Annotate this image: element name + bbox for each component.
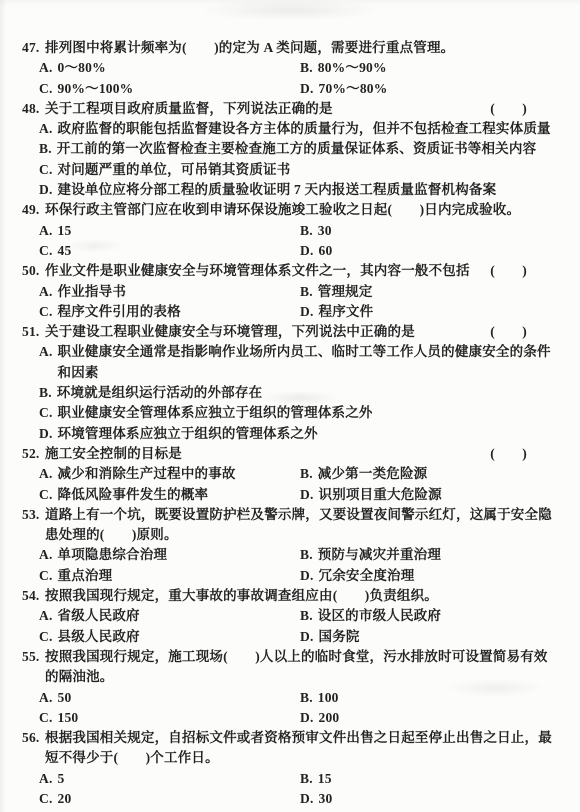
option-item: D.环境管理体系应独立于组织的管理体系之外 (39, 424, 552, 444)
option-item: B.环境就是组织运行活动的外部存在 (39, 383, 552, 403)
option-item: A.作业指导书 (39, 282, 300, 302)
option-item: D.30 (300, 789, 552, 809)
option-text: 5 (58, 769, 300, 789)
option-item: C.45 (39, 241, 300, 261)
option-text: 70%～80% (319, 79, 552, 99)
question-number: 52. (22, 444, 45, 464)
option-item: A.减少和消除生产过程中的事故 (39, 464, 300, 484)
answer-bracket: ( ) (490, 444, 552, 464)
option-item: D.70%～80% (300, 79, 552, 99)
question-head: 51. 关于建设工程职业健康安全与环境管理，下列说法中正确的是 ( ) (22, 322, 552, 342)
question-item-49: 49. 环保行政主管部门应在收到申请环保设施竣工验收之日起( )日内完成验收。 … (22, 200, 552, 261)
option-text: 单项隐患综合治理 (58, 545, 300, 565)
option-item: C.县级人民政府 (39, 627, 300, 647)
option-item: A.政府监督的职能包括监督建设各方主体的质量行为，但并不包括检查工程实体质量 (39, 119, 552, 139)
question-head: 53. 道路上有一个坑，既要设置防护栏及警示牌，又要设置夜间警示红灯，这属于安全… (22, 505, 552, 546)
option-item: B.预防与减灾并重治理 (300, 545, 552, 565)
option-item: A.0～80% (39, 58, 300, 78)
option-item: D.冗余安全度治理 (300, 566, 552, 586)
question-stem: 道路上有一个坑，既要设置防护栏及警示牌，又要设置夜间警示红灯，这属于安全隐患处理… (45, 505, 552, 546)
option-text: 开工前的第一次监督检查主要检查施工方的质量保证体系、资质证书等相关内容 (57, 139, 552, 159)
question-number: 56. (22, 728, 45, 769)
option-text: 0～80% (58, 58, 300, 78)
question-number: 50. (22, 261, 45, 281)
question-head: 55. 按照我国现行规定，施工现场( )人以上的临时食堂，污水排放时可设置简易有… (22, 647, 552, 688)
option-item: C.重点治理 (39, 566, 300, 586)
answer-bracket: ( ) (490, 99, 552, 119)
question-head: 52. 施工安全控制的目标是 ( ) (22, 444, 552, 464)
option-text: 15 (58, 221, 300, 241)
option-item: D.200 (300, 708, 552, 728)
option-label: B. (300, 464, 313, 484)
option-text: 省级人民政府 (58, 606, 300, 626)
option-text: 冗余安全度治理 (319, 566, 552, 586)
option-text: 30 (319, 789, 552, 809)
option-text: 150 (58, 708, 300, 728)
option-label: A. (39, 282, 53, 302)
question-item-48: 48. 关于工程项目政府质量监督，下列说法正确的是 ( ) A.政府监督的职能包… (22, 99, 552, 200)
option-text: 职业健康安全管理体系应独立于组织的管理体系之外 (58, 403, 552, 423)
option-item: A.职业健康安全通常是指影响作业场所内员工、临时工等工作人员的健康安全的条件和因… (39, 342, 552, 383)
question-number: 49. (22, 200, 45, 220)
option-label: B. (39, 139, 52, 159)
option-label: B. (300, 58, 313, 78)
option-label: A. (39, 464, 53, 484)
question-head: 56. 根据我国相关规定，自招标文件或者资格预审文件出售之日起至停止出售之日止，… (22, 728, 552, 769)
option-text: 30 (318, 221, 552, 241)
option-text: 识别项目重大危险源 (319, 485, 552, 505)
option-label: D. (300, 241, 314, 261)
question-stem: 作业文件是职业健康安全与环境管理体系文件之一，其内容一般不包括 (45, 261, 490, 281)
question-stem: 根据我国相关规定，自招标文件或者资格预审文件出售之日起至停止出售之日止，最短不得… (45, 728, 552, 769)
option-item: C.对问题严重的单位，可吊销其资质证书 (39, 160, 552, 180)
option-item: D.识别项目重大危险源 (300, 485, 552, 505)
options-group: A.职业健康安全通常是指影响作业场所内员工、临时工等工作人员的健康安全的条件和因… (39, 342, 552, 443)
option-label: A. (39, 342, 53, 383)
question-stem: 施工安全控制的目标是 (45, 444, 490, 464)
option-label: D. (300, 789, 314, 809)
question-number: 53. (22, 505, 45, 546)
option-label: C. (39, 302, 53, 322)
option-label: D. (300, 79, 314, 99)
question-item-52: 52. 施工安全控制的目标是 ( ) A.减少和消除生产过程中的事故 B.减少第… (22, 444, 552, 505)
option-item: A.单项隐患综合治理 (39, 545, 300, 565)
option-item: A.50 (39, 688, 300, 708)
option-label: B. (300, 545, 313, 565)
option-text: 管理规定 (318, 282, 552, 302)
question-head: 47. 排列图中将累计频率为( )的定为 A 类问题，需要进行重点管理。 (22, 38, 552, 58)
option-text: 200 (319, 708, 552, 728)
options-group: A.50 B.100 C.150 D.200 (39, 688, 552, 729)
option-label: D. (300, 566, 314, 586)
option-label: C. (39, 79, 53, 99)
option-text: 90%～100% (58, 79, 300, 99)
option-label: B. (300, 606, 313, 626)
option-label: B. (300, 688, 313, 708)
option-text: 60 (319, 241, 552, 261)
option-text: 100 (318, 688, 552, 708)
option-label: C. (39, 403, 53, 423)
question-head: 54. 按照我国现行规定，重大事故的事故调查组应由( )负责组织。 (22, 586, 552, 606)
question-number: 51. (22, 322, 45, 342)
option-item: B.开工前的第一次监督检查主要检查施工方的质量保证体系、资质证书等相关内容 (39, 139, 552, 159)
option-text: 减少第一类危险源 (318, 464, 552, 484)
option-text: 预防与减灾并重治理 (318, 545, 552, 565)
question-number: 54. (22, 586, 45, 606)
option-text: 降低风险事件发生的概率 (58, 485, 300, 505)
question-head: 48. 关于工程项目政府质量监督，下列说法正确的是 ( ) (22, 99, 552, 119)
option-text: 政府监督的职能包括监督建设各方主体的质量行为，但并不包括检查工程实体质量 (58, 119, 552, 139)
option-item: A.5 (39, 769, 300, 789)
option-text: 45 (58, 241, 300, 261)
question-number: 48. (22, 99, 45, 119)
options-group: A.政府监督的职能包括监督建设各方主体的质量行为，但并不包括检查工程实体质量 B… (39, 119, 552, 200)
question-stem: 按照我国现行规定，施工现场( )人以上的临时食堂，污水排放时可设置简易有效的隔油… (45, 647, 552, 688)
question-stem: 关于建设工程职业健康安全与环境管理，下列说法中正确的是 (45, 322, 490, 342)
question-head: 49. 环保行政主管部门应在收到申请环保设施竣工验收之日起( )日内完成验收。 (22, 200, 552, 220)
option-item: B.管理规定 (300, 282, 552, 302)
option-label: D. (300, 708, 314, 728)
option-text: 建设单位应将分部工程的质量验收证明 7 天内报送工程质量监督机构备案 (58, 180, 552, 200)
question-number: 47. (22, 38, 45, 58)
options-group: A.省级人民政府 B.设区的市级人民政府 C.县级人民政府 D.国务院 (39, 606, 552, 647)
option-text: 环境就是组织运行活动的外部存在 (57, 383, 552, 403)
question-item-53: 53. 道路上有一个坑，既要设置防护栏及警示牌，又要设置夜间警示红灯，这属于安全… (22, 505, 552, 586)
option-label: A. (39, 545, 53, 565)
options-group: A.5 B.15 C.20 D.30 (39, 769, 552, 810)
option-text: 国务院 (319, 627, 552, 647)
option-label: A. (39, 221, 53, 241)
option-text: 80%～90% (318, 58, 552, 78)
option-label: C. (39, 566, 53, 586)
options-group: A.0～80% B.80%～90% C.90%～100% D.70%～80% (39, 58, 552, 99)
option-item: C.150 (39, 708, 300, 728)
question-stem: 排列图中将累计频率为( )的定为 A 类问题，需要进行重点管理。 (45, 38, 552, 58)
option-item: D.国务院 (300, 627, 552, 647)
option-item: B.减少第一类危险源 (300, 464, 552, 484)
answer-bracket: ( ) (490, 322, 552, 342)
options-group: A.减少和消除生产过程中的事故 B.减少第一类危险源 C.降低风险事件发生的概率… (39, 464, 552, 505)
option-item: C.程序文件引用的表格 (39, 302, 300, 322)
option-label: B. (39, 383, 52, 403)
option-text: 15 (318, 769, 552, 789)
option-label: B. (300, 221, 313, 241)
option-text: 减少和消除生产过程中的事故 (58, 464, 300, 484)
option-text: 重点治理 (58, 566, 300, 586)
question-stem: 关于工程项目政府质量监督，下列说法正确的是 (45, 99, 490, 119)
option-label: A. (39, 769, 53, 789)
option-label: A. (39, 119, 53, 139)
option-item: D.程序文件 (300, 302, 552, 322)
option-label: A. (39, 606, 53, 626)
option-label: D. (300, 627, 314, 647)
option-item: D.60 (300, 241, 552, 261)
option-item: B.30 (300, 221, 552, 241)
question-item-47: 47. 排列图中将累计频率为( )的定为 A 类问题，需要进行重点管理。 A.0… (22, 38, 552, 99)
option-text: 程序文件 (319, 302, 552, 322)
option-label: C. (39, 160, 53, 180)
option-label: D. (300, 485, 314, 505)
question-item-54: 54. 按照我国现行规定，重大事故的事故调查组应由( )负责组织。 A.省级人民… (22, 586, 552, 647)
option-label: C. (39, 789, 53, 809)
question-stem: 按照我国现行规定，重大事故的事故调查组应由( )负责组织。 (45, 586, 552, 606)
option-label: C. (39, 708, 53, 728)
option-item: B.15 (300, 769, 552, 789)
option-label: C. (39, 241, 53, 261)
answer-bracket: ( ) (490, 261, 552, 281)
option-item: C.职业健康安全管理体系应独立于组织的管理体系之外 (39, 403, 552, 423)
option-item: D.建设单位应将分部工程的质量验收证明 7 天内报送工程质量监督机构备案 (39, 180, 552, 200)
options-group: A.作业指导书 B.管理规定 C.程序文件引用的表格 D.程序文件 (39, 282, 552, 323)
question-item-55: 55. 按照我国现行规定，施工现场( )人以上的临时食堂，污水排放时可设置简易有… (22, 647, 552, 728)
option-label: C. (39, 627, 53, 647)
option-text: 对问题严重的单位，可吊销其资质证书 (58, 160, 552, 180)
option-item: A.15 (39, 221, 300, 241)
option-text: 环境管理体系应独立于组织的管理体系之外 (58, 424, 552, 444)
option-label: A. (39, 58, 53, 78)
exam-paper-page: 47. 排列图中将累计频率为( )的定为 A 类问题，需要进行重点管理。 A.0… (0, 0, 580, 812)
option-text: 程序文件引用的表格 (58, 302, 300, 322)
option-item: C.90%～100% (39, 79, 300, 99)
option-text: 职业健康安全通常是指影响作业场所内员工、临时工等工作人员的健康安全的条件和因素 (58, 342, 552, 383)
option-item: A.省级人民政府 (39, 606, 300, 626)
option-text: 县级人民政府 (58, 627, 300, 647)
option-item: B.80%～90% (300, 58, 552, 78)
option-item: B.100 (300, 688, 552, 708)
options-group: A.单项隐患综合治理 B.预防与减灾并重治理 C.重点治理 D.冗余安全度治理 (39, 545, 552, 586)
option-label: D. (39, 180, 53, 200)
options-group: A.15 B.30 C.45 D.60 (39, 221, 552, 262)
question-item-51: 51. 关于建设工程职业健康安全与环境管理，下列说法中正确的是 ( ) A.职业… (22, 322, 552, 444)
question-head: 50. 作业文件是职业健康安全与环境管理体系文件之一，其内容一般不包括 ( ) (22, 261, 552, 281)
option-label: A. (39, 688, 53, 708)
option-item: C.20 (39, 789, 300, 809)
option-text: 设区的市级人民政府 (318, 606, 552, 626)
question-item-56: 56. 根据我国相关规定，自招标文件或者资格预审文件出售之日起至停止出售之日止，… (22, 728, 552, 809)
option-label: C. (39, 485, 53, 505)
option-label: B. (300, 282, 313, 302)
option-item: B.设区的市级人民政府 (300, 606, 552, 626)
option-label: B. (300, 769, 313, 789)
option-item: C.降低风险事件发生的概率 (39, 485, 300, 505)
option-text: 50 (58, 688, 300, 708)
question-number: 55. (22, 647, 45, 688)
question-item-50: 50. 作业文件是职业健康安全与环境管理体系文件之一，其内容一般不包括 ( ) … (22, 261, 552, 322)
option-text: 20 (58, 789, 300, 809)
question-stem: 环保行政主管部门应在收到申请环保设施竣工验收之日起( )日内完成验收。 (45, 200, 552, 220)
option-label: D. (300, 302, 314, 322)
option-label: D. (39, 424, 53, 444)
option-text: 作业指导书 (58, 282, 300, 302)
